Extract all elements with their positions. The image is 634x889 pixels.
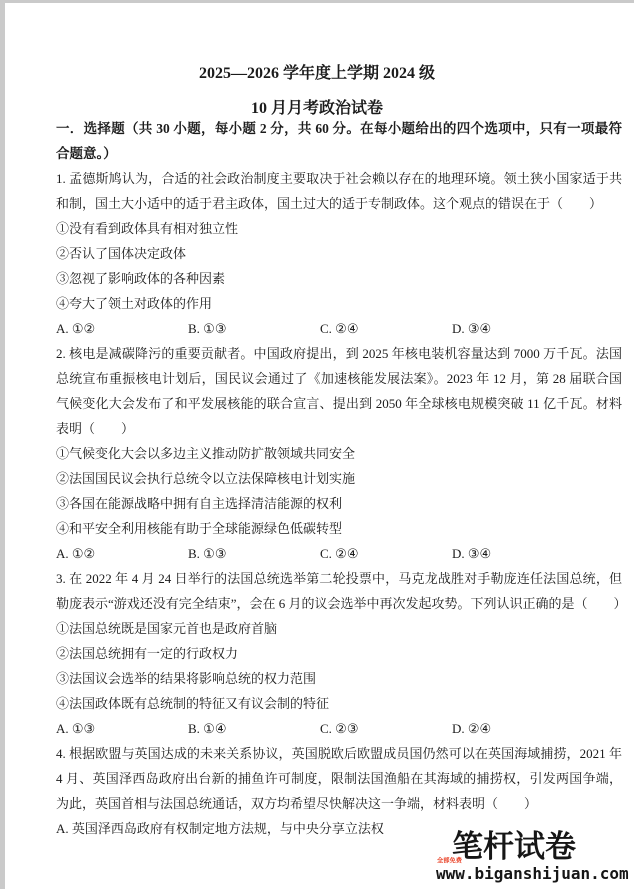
question-2-choice-c: C. ②④ [320,541,452,566]
question-2-item-2: ②法国国民议会执行总统令以立法保障核电计划实施 [56,466,622,491]
question-3-choice-b: B. ①④ [188,716,320,741]
question-3: 3. 在 2022 年 4 月 24 日举行的法国总统选举第二轮投票中，马克龙战… [56,566,622,741]
exam-content: 一．选择题（共 30 小题，每小题 2 分，共 60 分。在每小题给出的四个选项… [56,116,622,841]
question-2: 2. 核电是减碳降污的重要贡献者。中国政府提出，到 2025 年核电装机容量达到… [56,341,622,566]
exam-title-line1: 2025—2026 学年度上学期 2024 级 [0,56,634,91]
question-3-choice-c: C. ②③ [320,716,452,741]
question-3-choice-row: A. ①③ B. ①④ C. ②③ D. ②④ [56,716,622,741]
question-2-item-3: ③各国在能源战略中拥有自主选择清洁能源的权利 [56,491,622,516]
question-3-choice-a: A. ①③ [56,716,188,741]
biganshijuan-logo: 笔杆试卷 [452,829,576,865]
question-1-stem: 1. 孟德斯鸠认为，合适的社会政治制度主要取决于社会赖以存在的地理环境。领土狭小… [56,166,622,216]
page-top-border [0,0,634,3]
question-2-stem: 2. 核电是减碳降污的重要贡献者。中国政府提出，到 2025 年核电装机容量达到… [56,341,622,441]
question-2-item-4: ④和平安全利用核能有助于全球能源绿色低碳转型 [56,516,622,541]
question-2-choice-d: D. ③④ [452,541,491,566]
question-2-choice-b: B. ①③ [188,541,320,566]
question-1-choice-row: A. ①② B. ①③ C. ②④ D. ③④ [56,316,622,341]
question-4: 4. 根据欧盟与英国达成的未来关系协议，英国脱欧后欧盟成员国仍然可以在英国海域捕… [56,741,622,841]
question-4-stem: 4. 根据欧盟与英国达成的未来关系协议，英国脱欧后欧盟成员国仍然可以在英国海域捕… [56,741,622,816]
question-1-item-3: ③忽视了影响政体的各种因素 [56,266,622,291]
question-1: 1. 孟德斯鸠认为，合适的社会政治制度主要取决于社会赖以存在的地理环境。领土狭小… [56,166,622,341]
question-1-item-1: ①没有看到政体具有相对独立性 [56,216,622,241]
question-1-item-2: ②否认了国体决定政体 [56,241,622,266]
page-left-border [0,0,5,889]
question-1-choice-b: B. ①③ [188,316,320,341]
question-3-stem: 3. 在 2022 年 4 月 24 日举行的法国总统选举第二轮投票中，马克龙战… [56,566,622,616]
question-3-choice-d: D. ②④ [452,716,491,741]
section-header: 一．选择题（共 30 小题，每小题 2 分，共 60 分。在每小题给出的四个选项… [56,116,622,166]
question-1-choice-a: A. ①② [56,316,188,341]
question-2-choice-row: A. ①② B. ①③ C. ②④ D. ③④ [56,541,622,566]
watermark-url: www.biganshijuan.com [436,863,629,885]
question-1-choice-d: D. ③④ [452,316,491,341]
question-1-choice-c: C. ②④ [320,316,452,341]
question-3-item-1: ①法国总统既是国家元首也是政府首脑 [56,616,622,641]
question-3-item-4: ④法国政体既有总统制的特征又有议会制的特征 [56,691,622,716]
question-2-choice-a: A. ①② [56,541,188,566]
question-3-item-2: ②法国总统拥有一定的行政权力 [56,641,622,666]
question-1-item-4: ④夸大了领土对政体的作用 [56,291,622,316]
question-2-item-1: ①气候变化大会以多边主义推动防扩散领域共同安全 [56,441,622,466]
question-3-item-3: ③法国议会选举的结果将影响总统的权力范围 [56,666,622,691]
